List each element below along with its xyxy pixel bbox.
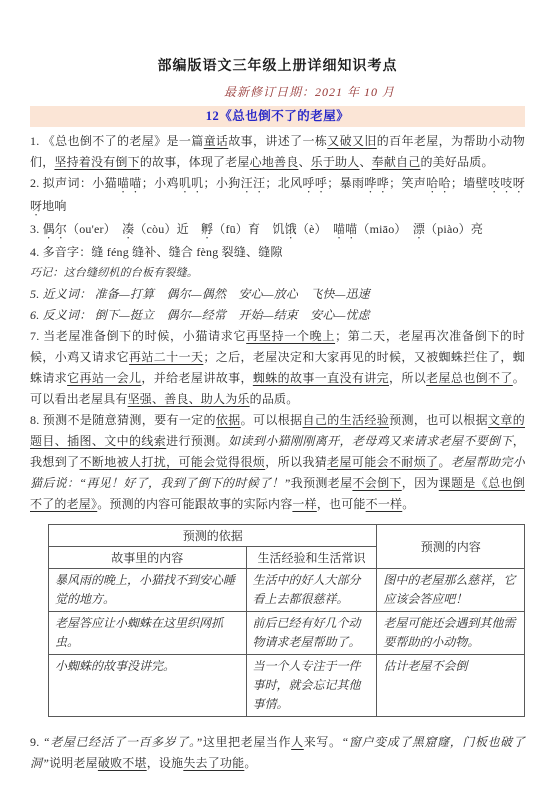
document-body: 1. 《总也倒不了的老屋》是一篇童话故事，讲述了一栋又破又旧的百年老屋，为帮助小… xyxy=(30,131,525,774)
table-cell-experience: 前后已经有好几个动物请求老屋帮助了。 xyxy=(246,612,377,655)
prediction-table: 预测的依据 预测的内容 故事里的内容 生活经验和生活常识 暴风雨的晚上，小猫找不… xyxy=(48,524,525,717)
knowledge-point-6: 6. 反义词： 倒下—挺立 偶尔—经常 开始—结束 安心—忧虑 xyxy=(30,305,525,326)
table-cell-experience: 当一个人专注于一件事时，就会忘记其他事情。 xyxy=(246,655,377,717)
page-title: 部编版语文三年级上册详细知识考点 xyxy=(30,58,525,76)
table-cell-story: 小蜘蛛的故事没讲完。 xyxy=(49,655,247,717)
table-cell-experience: 生活中的好人大部分看上去都很慈祥。 xyxy=(246,569,377,612)
knowledge-point-7: 7. 当老屋准备倒下的时候，小猫请求它再坚持一个晚上；第二天，老屋再次准备倒下的… xyxy=(30,326,525,410)
section-header: 12《总也倒不了的老屋》 xyxy=(30,106,525,127)
revision-date: 最新修订日期：2021 年 10 月 xyxy=(62,85,555,99)
knowledge-point-3: 3. 偶尔（ou'er） 凑（còu）近 孵（fū）育 饥饿（è） 喵喵（miā… xyxy=(30,219,525,242)
knowledge-point-8: 8. 预测不是随意猜测，要有一定的依据。可以根据自己的生活经验预测，也可以根据文… xyxy=(30,410,525,515)
mnemonic-note: 巧记：这台缝纫机的台板有裂缝。 xyxy=(30,263,525,284)
table-cell-prediction: 估计老屋不会倒 xyxy=(377,655,525,717)
table-header-experience: 生活经验和生活常识 xyxy=(246,547,377,569)
table-header-prediction: 预测的内容 xyxy=(377,525,525,569)
table-row: 暴风雨的晚上，小猫找不到安心睡觉的地方。 生活中的好人大部分看上去都很慈祥。 图… xyxy=(49,569,525,612)
knowledge-point-5: 5. 近义词： 准备—打算 偶尔—偶然 安心—放心 飞快—迅速 xyxy=(30,284,525,305)
knowledge-point-9: 9. “老屋已经活了一百多岁了。”这里把老屋当作人来写。“窗户变成了黑窟窿，门板… xyxy=(30,732,525,774)
table-row: 老屋答应让小蜘蛛在这里织网抓虫。 前后已经有好几个动物请求老屋帮助了。 老屋可能… xyxy=(49,612,525,655)
table-cell-prediction: 图中的老屋那么慈祥，它应该会答应吧！ xyxy=(377,569,525,612)
table-row: 小蜘蛛的故事没讲完。 当一个人专注于一件事时，就会忘记其他事情。 估计老屋不会倒 xyxy=(49,655,525,717)
table-cell-story: 暴风雨的晚上，小猫找不到安心睡觉的地方。 xyxy=(49,569,247,612)
knowledge-point-4: 4. 多音字：缝 féng 缝补、缝合 fèng 裂缝、缝隙 xyxy=(30,242,525,263)
document-page: 部编版语文三年级上册详细知识考点 最新修订日期：2021 年 10 月 12《总… xyxy=(0,0,555,785)
table-cell-story: 老屋答应让小蜘蛛在这里织网抓虫。 xyxy=(49,612,247,655)
table-cell-prediction: 老屋可能还会遇到其他需要帮助的小动物。 xyxy=(377,612,525,655)
table-header-basis: 预测的依据 xyxy=(49,525,377,547)
knowledge-point-1: 1. 《总也倒不了的老屋》是一篇童话故事，讲述了一栋又破又旧的百年老屋，为帮助小… xyxy=(30,131,525,173)
knowledge-point-2: 2. 拟声词：小猫喵喵；小鸡叽叽；小狗汪汪；北风呼呼；暴雨哗哗；笑声哈哈；墙壁吱… xyxy=(30,173,525,219)
table-header-story: 故事里的内容 xyxy=(49,547,247,569)
